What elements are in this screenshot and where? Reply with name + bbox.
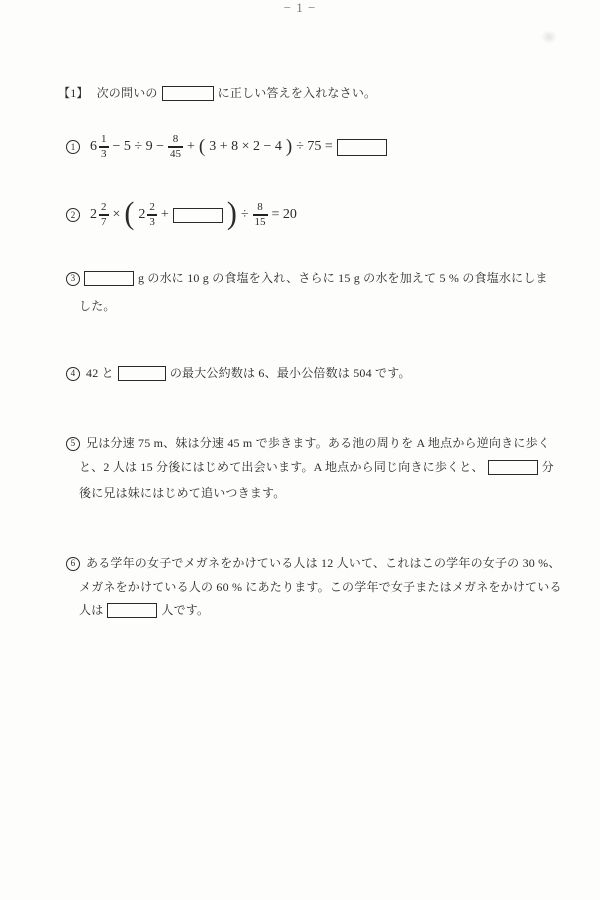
- fraction: 1 3: [99, 134, 109, 160]
- operator-text: +: [161, 207, 169, 223]
- fraction: 8 45: [168, 134, 183, 160]
- problem-6: 6 ある学年の女子でメガネをかけている人は 12 人いて、これはこの学年の女子の…: [66, 556, 561, 572]
- problem-4: 4 42 と の最大公約数は 6、最小公倍数は 504 です。: [66, 366, 411, 382]
- problem-3: 3 g の水に 10 g の食塩を入れ、さらに 15 g の水を加えて 5 % …: [66, 271, 548, 287]
- denominator: 3: [147, 217, 157, 229]
- whole-part: 2: [138, 207, 145, 223]
- exam-page: { "header": { "label": "【1】", "before_bo…: [0, 0, 600, 900]
- scan-artifact: [541, 30, 557, 44]
- numerator: 8: [255, 202, 265, 214]
- answer-box-4: [118, 366, 166, 381]
- mixed-number: 2 2 3: [138, 202, 157, 228]
- numerator: 2: [147, 202, 157, 214]
- open-paren: (: [124, 199, 134, 232]
- operator-text: − 5 ÷ 9 −: [113, 139, 164, 155]
- problem-2-number: 2: [66, 208, 80, 222]
- answer-box-header: [162, 86, 214, 101]
- instruction-line: 【1】 次の問いの に正しい答えを入れなさい。: [58, 86, 376, 102]
- operator-text: ×: [113, 207, 121, 223]
- problem-5-text-line-2-after: 分: [542, 460, 554, 476]
- operator-text: ÷ 75 =: [296, 139, 333, 155]
- problem-1-number: 1: [66, 140, 80, 154]
- section-label: 【1】: [58, 86, 89, 102]
- fraction: 2 7: [99, 202, 109, 228]
- answer-box-3: [84, 271, 134, 286]
- problem-3-text: g の水に 10 g の食塩を入れ、さらに 15 g の水を加えて 5 % の食…: [138, 271, 548, 287]
- fraction: 2 3: [147, 202, 157, 228]
- problem-4-number: 4: [66, 367, 80, 381]
- problem-5-text-line-3: 後に兄は妹にはじめて追いつきます。: [79, 486, 285, 502]
- problem-6-line-3: 人は 人です。: [79, 603, 209, 619]
- page-number: − 1 −: [0, 0, 600, 16]
- problem-6-text-line-3-after: 人です。: [161, 603, 209, 619]
- answer-box-1: [337, 139, 387, 156]
- instruction-text-after: に正しい答えを入れなさい。: [218, 86, 377, 102]
- denominator: 45: [168, 149, 183, 161]
- problem-6-text-line-1: ある学年の女子でメガネをかけている人は 12 人いて、これはこの学年の女子の 3…: [86, 556, 561, 572]
- open-paren: (: [199, 137, 205, 158]
- denominator: 7: [99, 217, 109, 229]
- problem-1: 1 6 1 3 − 5 ÷ 9 − 8 45 + ( 3 + 8 × 2 − 4…: [66, 130, 387, 164]
- problem-5-number: 5: [66, 437, 80, 451]
- operator-text: = 20: [272, 207, 297, 223]
- numerator: 1: [99, 134, 109, 146]
- problem-3-number: 3: [66, 272, 80, 286]
- problem-6-text-line-2: メガネをかけている人の 60 % にあたります。この学年で女子またはメガネをかけ…: [79, 580, 562, 596]
- problem-6-text-line-3-before: 人は: [79, 603, 103, 619]
- fraction: 8 15: [253, 202, 268, 228]
- answer-box-6: [107, 603, 157, 618]
- problem-5-text-line-1: 兄は分速 75 m、妹は分速 45 m で歩きます。ある池の周りを A 地点から…: [86, 436, 550, 452]
- denominator: 15: [253, 217, 268, 229]
- mixed-number: 6 1 3: [90, 134, 109, 160]
- close-paren: ): [286, 137, 292, 158]
- answer-box-5: [488, 460, 538, 475]
- numerator: 8: [171, 134, 181, 146]
- denominator: 3: [99, 149, 109, 161]
- whole-part: 2: [90, 207, 97, 223]
- answer-box-2: [173, 208, 223, 223]
- problem-2: 2 2 2 7 × ( 2 2 3 + ) ÷ 8 15 = 20: [66, 198, 297, 232]
- problem-4-text-after: の最大公約数は 6、最小公倍数は 504 です。: [170, 366, 411, 382]
- instruction-text-before: 次の問いの: [97, 86, 158, 102]
- problem-6-number: 6: [66, 557, 80, 571]
- problem-5: 5 兄は分速 75 m、妹は分速 45 m で歩きます。ある池の周りを A 地点…: [66, 436, 550, 452]
- problem-4-text-before: 42 と: [86, 366, 114, 382]
- mixed-number: 2 2 7: [90, 202, 109, 228]
- close-paren: ): [227, 199, 237, 232]
- whole-part: 6: [90, 139, 97, 155]
- operator-text: +: [187, 139, 195, 155]
- numerator: 2: [99, 202, 109, 214]
- operator-text: ÷: [241, 207, 249, 223]
- paren-inner-text: 3 + 8 × 2 − 4: [209, 139, 282, 155]
- problem-5-text-line-2-before: と、2 人は 15 分後にはじめて出会います。A 地点から同じ向きに歩くと、: [79, 460, 484, 476]
- problem-5-line-2: と、2 人は 15 分後にはじめて出会います。A 地点から同じ向きに歩くと、 分: [79, 460, 554, 476]
- problem-3-text-line-2: した。: [79, 299, 116, 315]
